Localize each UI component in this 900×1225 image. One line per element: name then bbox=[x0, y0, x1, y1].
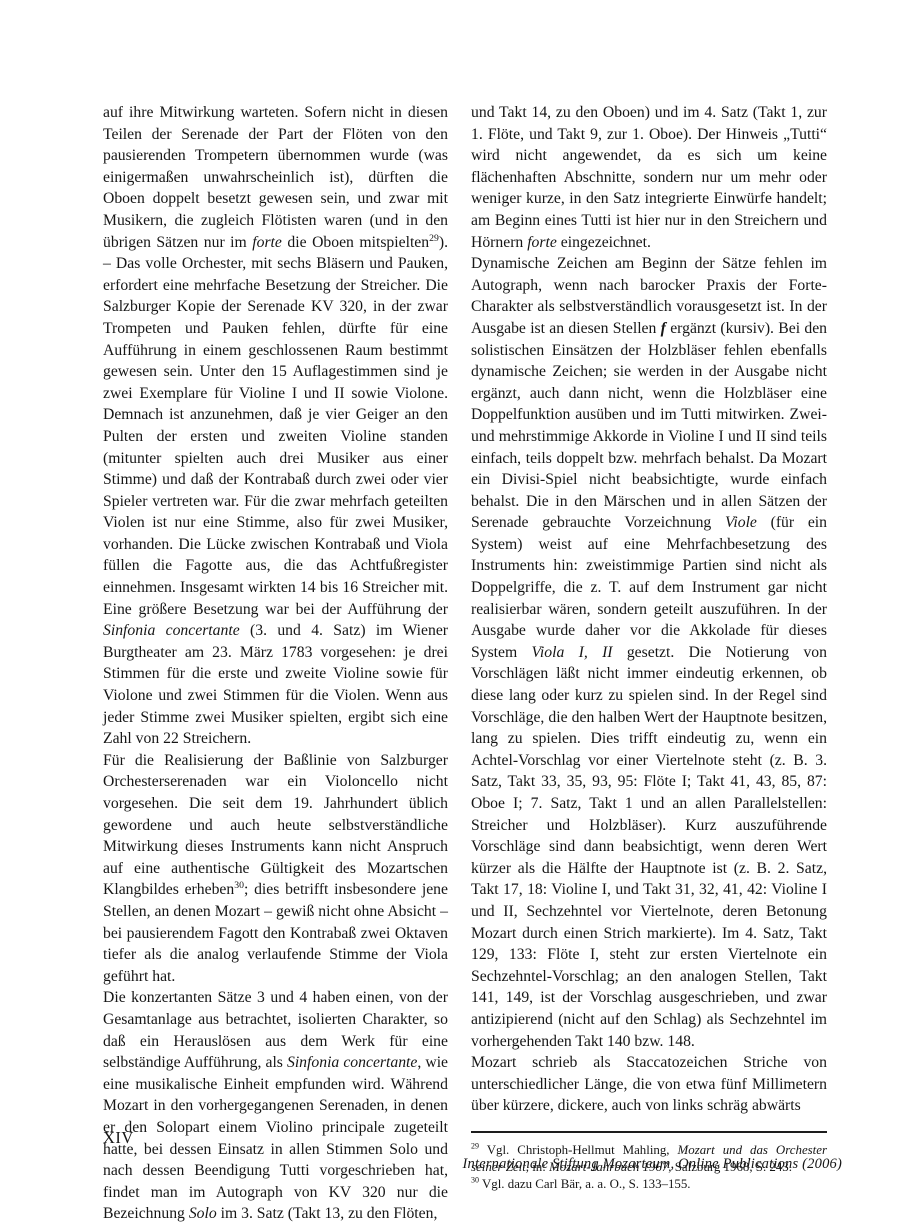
body-paragraph: Die konzertanten Sätze 3 und 4 haben ein… bbox=[103, 987, 448, 1225]
right-column: und Takt 14, zu den Oboen) und im 4. Sat… bbox=[471, 102, 827, 1225]
footnote-30: 30 Vgl. dazu Carl Bär, a. a. O., S. 133–… bbox=[471, 1176, 827, 1193]
document-page: auf ihre Mitwirkung warteten. Sofern nic… bbox=[0, 0, 900, 1225]
body-paragraph: und Takt 14, zu den Oboen) und im 4. Sat… bbox=[471, 102, 827, 253]
footnote-divider bbox=[471, 1131, 827, 1133]
page-number: XIV bbox=[103, 1128, 134, 1148]
body-paragraph: auf ihre Mitwirkung warteten. Sofern nic… bbox=[103, 102, 448, 750]
footer-credit: Internationale Stiftung Mozarteum, Onlin… bbox=[463, 1156, 843, 1173]
left-column: auf ihre Mitwirkung warteten. Sofern nic… bbox=[103, 102, 448, 1225]
body-paragraph: Mozart schrieb als Staccatozeichen Stric… bbox=[471, 1052, 827, 1117]
body-paragraph: Für die Realisierung der Baßlinie von Sa… bbox=[103, 750, 448, 988]
text-columns: auf ihre Mitwirkung warteten. Sofern nic… bbox=[103, 102, 827, 1225]
body-paragraph: Dynamische Zeichen am Beginn der Sätze f… bbox=[471, 253, 827, 1052]
